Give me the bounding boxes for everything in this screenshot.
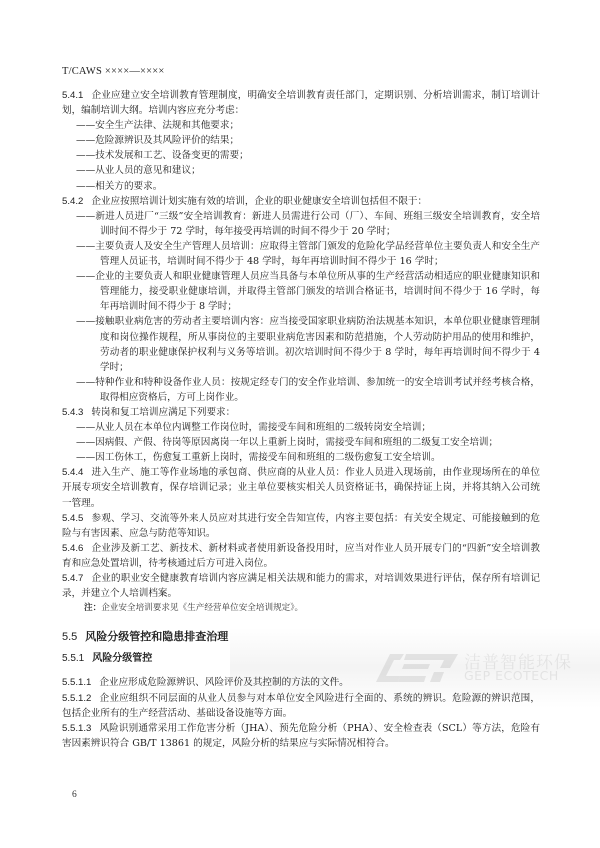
section-heading-5-5: 5.5风险分级管控和隐患排查治理 xyxy=(62,630,540,645)
clause-number: 5.5.1.2 xyxy=(62,693,91,704)
clause-text: 进入生产、施工等作业场地的承包商、供应商的从业人员：作业人员进入现场前，由作业现… xyxy=(62,467,540,508)
clause-5-4-4: 5.4.4进入生产、施工等作业场地的承包商、供应商的从业人员：作业人员进入现场前… xyxy=(62,465,540,510)
list-item: ——因病假、产假、待岗等原因离岗一年以上重新上岗时，需接受车间和班组的二级复工安… xyxy=(62,435,540,450)
watermark: 洁普智能环保 GEP ECOTECH xyxy=(374,646,574,686)
list-item: ——特种作业和特种设备作业人员：按规定经专门的安全作业培训、参加统一的安全培训考… xyxy=(62,375,540,405)
clause-text: 企业应形成危险源辨识、风险评价及其控制的方法的文件。 xyxy=(99,677,348,688)
list-item: ——技术发展和工艺、设备变更的需要； xyxy=(62,148,540,163)
section-title: 风险分级管控和隐患排查治理 xyxy=(85,631,228,643)
clause-number: 5.4.3 xyxy=(62,407,83,418)
note: 注：企业安全培训要求见《生产经营单位安全培训规定》。 xyxy=(62,601,540,616)
standard-code-header: T/CAWS ××××—×××× xyxy=(62,66,165,77)
list-item: ——企业的主要负责人和职业健康管理人员应当具备与本单位所从事的生产经营活动相适应… xyxy=(62,269,540,314)
list-item: ——安全生产法律、法规和其他要求； xyxy=(62,118,540,133)
clause-5-4-3: 5.4.3转岗和复工培训应满足下列要求： xyxy=(62,405,540,420)
list-item: ——主要负责人及安全生产管理人员培训：应取得主管部门颁发的危险化学品经营单位主要… xyxy=(62,239,540,269)
clause-5-5-1-3: 5.5.1.3风险识别通常采用工作危害分析（JHA）、预先危险分析（PHA）、安… xyxy=(62,721,540,751)
list-item: ——危险源辨识及其风险评价的结果； xyxy=(62,133,540,148)
list-item: ——因工伤休工，伤愈复工重新上岗时，需接受车间和班组的二级伤愈复工安全培训。 xyxy=(62,450,540,465)
clause-5-4-2: 5.4.2企业应按照培训计划实施有效的培训，企业的职业健康安全培训包括但不限于： xyxy=(62,194,540,209)
clause-text: 参观、学习、交流等外来人员应对其进行安全告知宣传，内容主要包括：有关安全规定、可… xyxy=(62,513,540,539)
clause-text: 企业涉及新工艺、新技术、新材料或者使用新设备投用时，应当对作业人员开展专门的“四… xyxy=(62,543,540,569)
clause-5-4-5: 5.4.5参观、学习、交流等外来人员应对其进行安全告知宣传，内容主要包括：有关安… xyxy=(62,511,540,541)
watermark-brand-en: GEP ECOTECH xyxy=(464,668,559,683)
clause-number: 5.5.1.3 xyxy=(62,723,91,734)
clause-number: 5.4.7 xyxy=(62,573,83,584)
list-item: ——从业人员在本单位内调整工作岗位时，需接受车间和班组的二级转岗安全培训； xyxy=(62,420,540,435)
list-item: ——新进人员进厂“三级”安全培训教育：新进人员需进行公司（厂）、车间、班组三级安… xyxy=(62,209,540,239)
clause-text: 企业应按照培训计划实施有效的培训，企业的职业健康安全培训包括但不限于： xyxy=(91,196,427,207)
section-number: 5.5.1 xyxy=(62,653,84,664)
clause-text: 风险识别通常采用工作危害分析（JHA）、预先危险分析（PHA）、安全检查表（SC… xyxy=(62,723,540,749)
clause-number: 5.4.5 xyxy=(62,513,83,524)
clause-number: 5.5.1.1 xyxy=(62,677,91,688)
clause-number: 5.4.4 xyxy=(62,467,83,478)
document-page: T/CAWS ××××—×××× 5.4.1企业应建立安全培训教育管理制度，明确… xyxy=(0,0,600,848)
clause-5-4-7: 5.4.7企业的职业安全健康教育培训内容应满足相关法规和能力的需求，对培训效果进… xyxy=(62,571,540,601)
clause-number: 5.4.6 xyxy=(62,543,83,554)
page-number: 6 xyxy=(72,790,77,800)
list-item: ——相关方的要求。 xyxy=(62,179,540,194)
clause-number: 5.4.1 xyxy=(62,90,83,101)
clause-text: 企业应组织不同层面的从业人员参与对本单位安全风险进行全面的、系统的辨识。危险源的… xyxy=(62,693,540,719)
clause-5-4-6: 5.4.6企业涉及新工艺、新技术、新材料或者使用新设备投用时，应当对作业人员开展… xyxy=(62,541,540,571)
clause-number: 5.4.2 xyxy=(62,196,83,207)
note-label: 注： xyxy=(84,603,101,613)
clause-text: 企业应建立安全培训教育管理制度，明确安全培训教育责任部门，定期识别、分析培训需求… xyxy=(62,90,540,116)
clause-5-5-1-2: 5.5.1.2企业应组织不同层面的从业人员参与对本单位安全风险进行全面的、系统的… xyxy=(62,691,540,721)
gep-logo-icon xyxy=(374,650,462,684)
list-item: ——从业人员的意见和建议； xyxy=(62,163,540,178)
section-number: 5.5 xyxy=(62,631,77,643)
section-title: 风险分级管控 xyxy=(92,653,152,664)
clause-text: 企业的职业安全健康教育培训内容应满足相关法规和能力的需求，对培训效果进行评估，保… xyxy=(62,573,540,599)
list-item: ——接触职业病危害的劳动者主要培训内容：应当接受国家职业病防治法规基本知识，本单… xyxy=(62,314,540,374)
clause-text: 转岗和复工培训应满足下列要求： xyxy=(91,407,235,418)
note-text: 企业安全培训要求见《生产经营单位安全培训规定》。 xyxy=(101,603,303,613)
clause-5-4-1: 5.4.1企业应建立安全培训教育管理制度，明确安全培训教育责任部门，定期识别、分… xyxy=(62,88,540,118)
